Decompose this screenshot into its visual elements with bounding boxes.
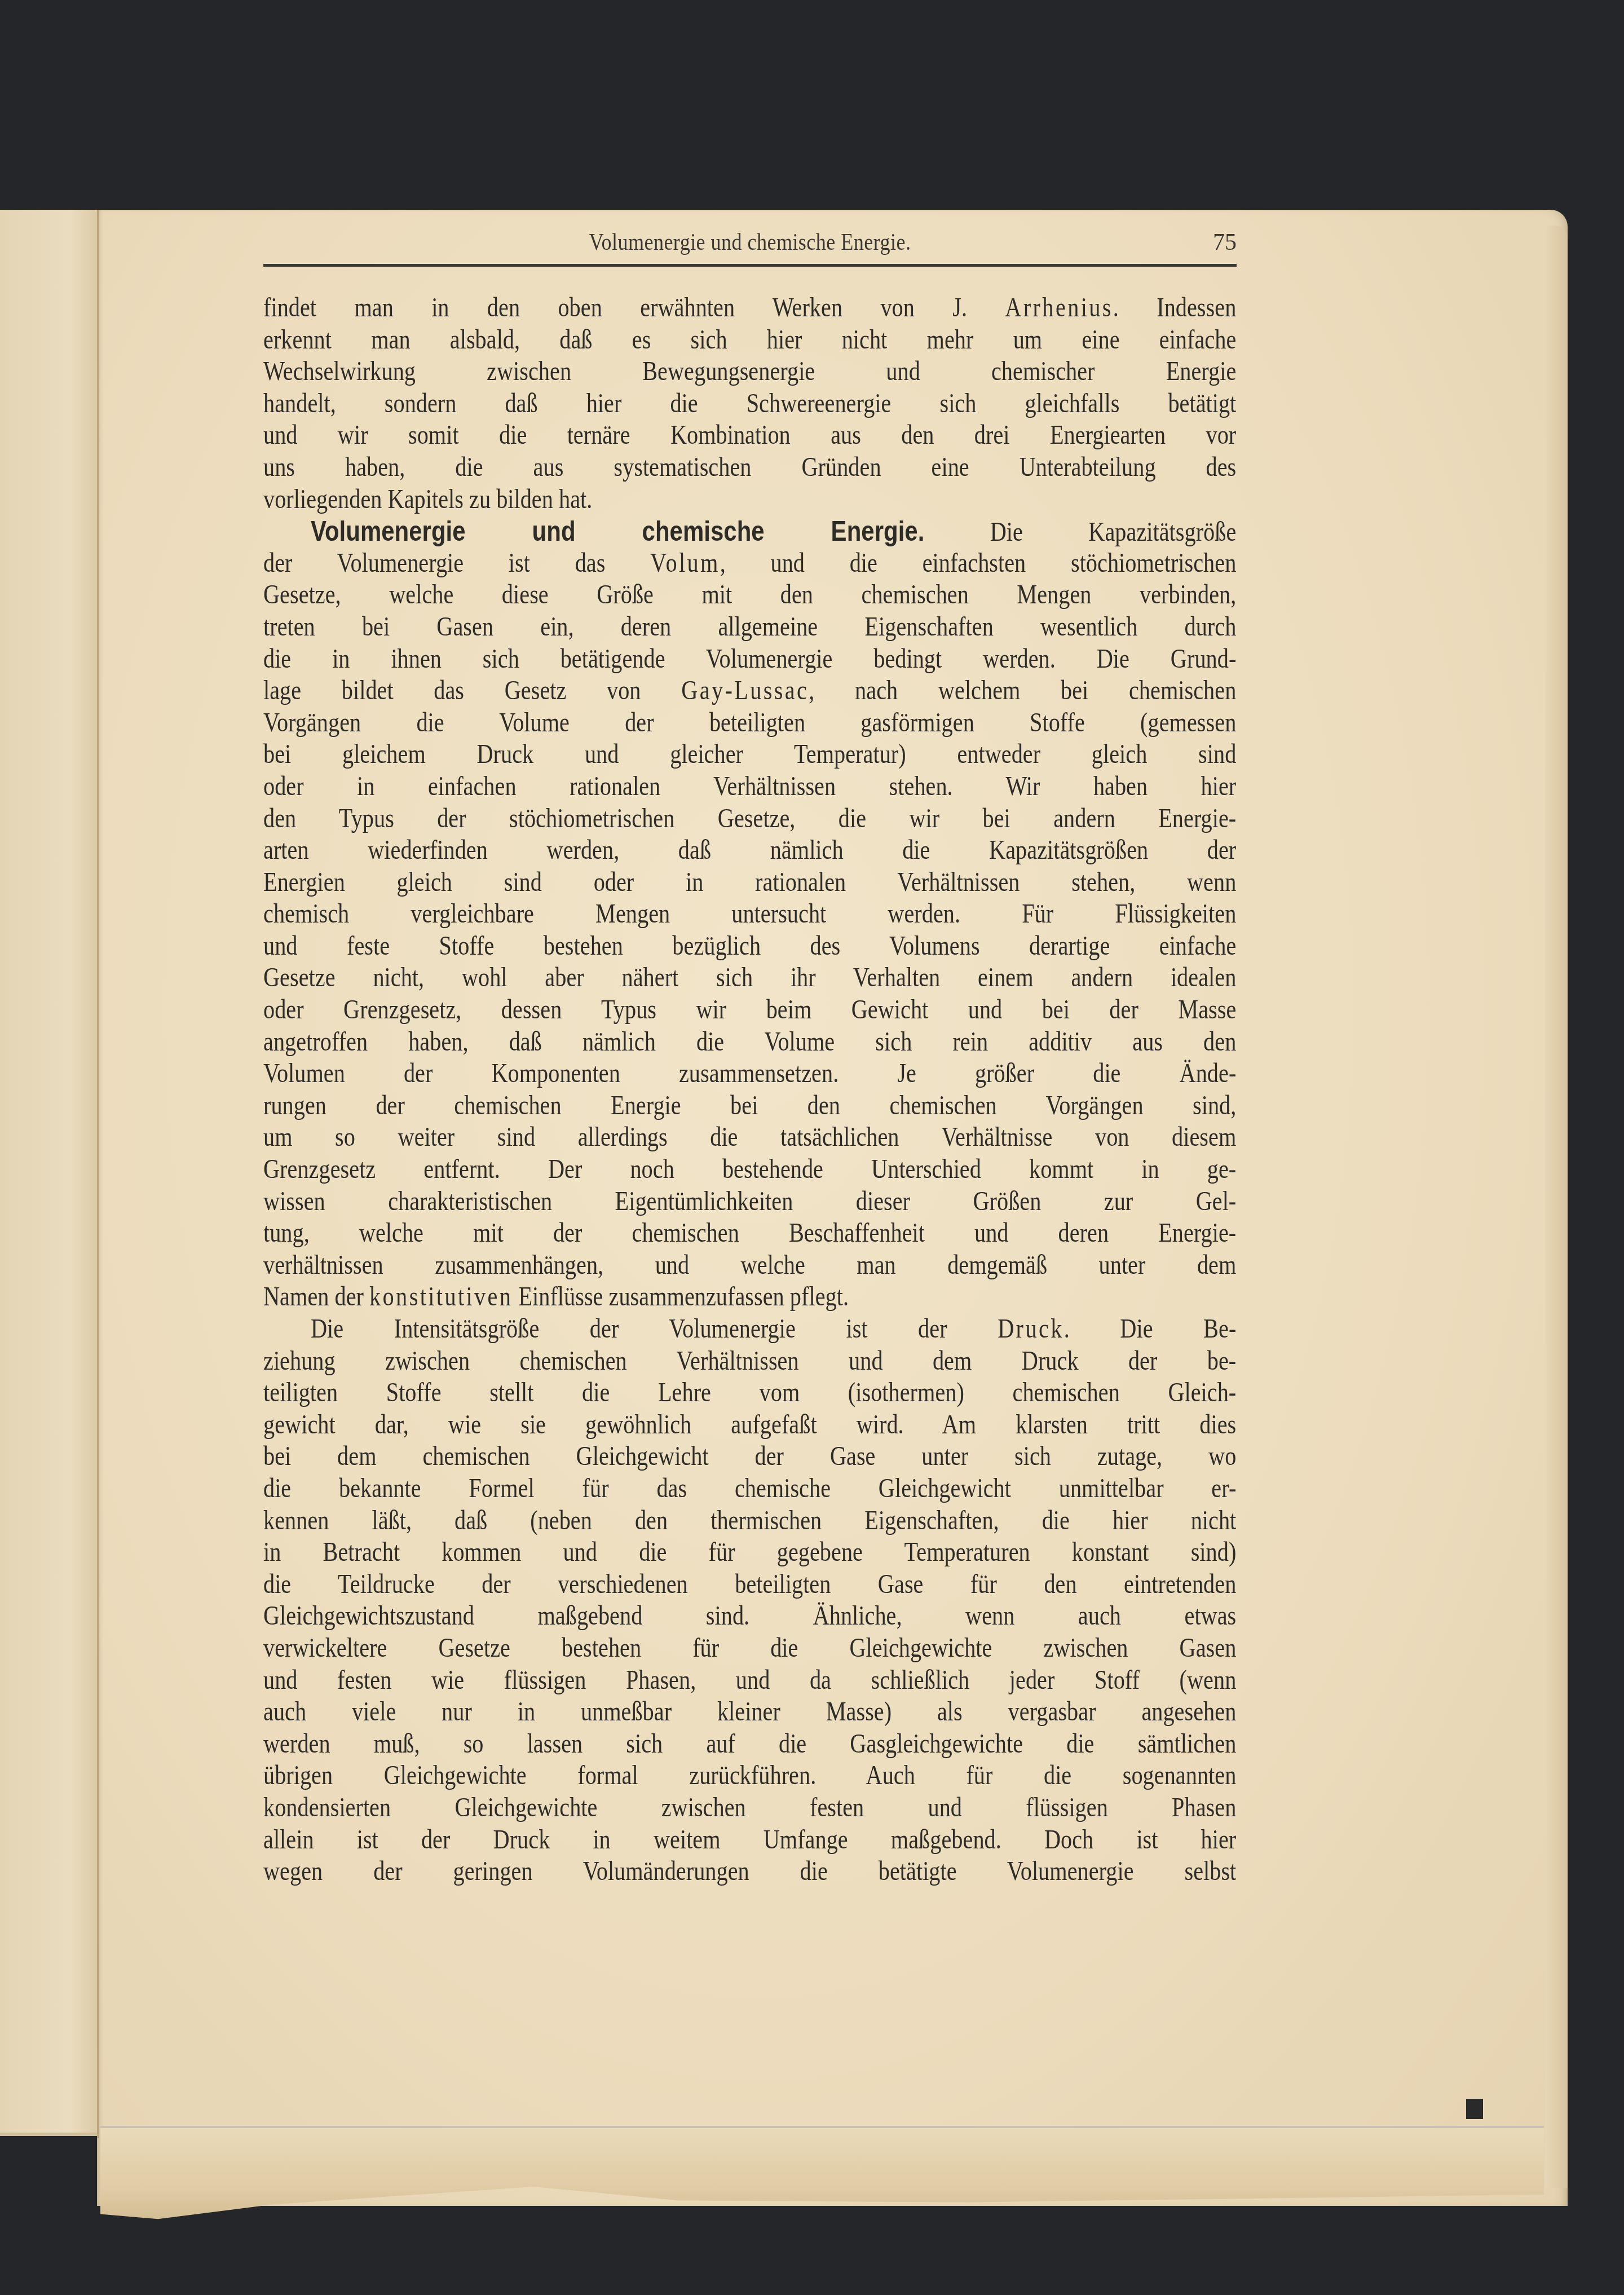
- text-run: Gesetze nicht, wohl aber nähert sich ihr…: [263, 963, 1236, 992]
- text-run: Gleichgewichtszustand maßgebend sind. Äh…: [263, 1601, 1236, 1631]
- text-run: und wir somit die ternäre Kombination au…: [263, 420, 1236, 450]
- text-line: in Betracht kommen und die für gegebene …: [263, 1537, 1236, 1569]
- text-run: Volumen der Komponenten zusammensetzen. …: [263, 1058, 1236, 1088]
- page-bottom-edge: [100, 2126, 1544, 2224]
- text-line: Wechselwirkung zwischen Bewegungsenergie…: [263, 356, 1236, 388]
- text-run: werden muß, so lassen sich auf die Gasgl…: [263, 1729, 1236, 1759]
- text-line: die bekannte Formel für das chemische Gl…: [263, 1473, 1236, 1505]
- text-run: Energien gleich sind oder in rationalen …: [263, 867, 1236, 897]
- text-line: angetroffen haben, daß nämlich die Volum…: [263, 1026, 1236, 1058]
- text-run: verhältnissen zusammenhängen, und welche…: [263, 1250, 1236, 1280]
- text-line: und wir somit die ternäre Kombination au…: [263, 420, 1236, 452]
- text-run: der Volumenergie ist das: [263, 548, 650, 578]
- gutter-fold: [97, 210, 99, 2138]
- text-run: Die Kapazitätsgröße: [924, 517, 1236, 547]
- text-line: bei dem chemischen Gleichgewicht der Gas…: [263, 1441, 1236, 1473]
- text-run: , und die einfachsten stöchiometrischen: [720, 548, 1237, 578]
- text-run: handelt, sondern daß hier die Schwereene…: [263, 389, 1236, 418]
- text-run: oder in einfachen rationalen Verhältniss…: [263, 771, 1236, 801]
- text-run: und feste Stoffe bestehen bezüglich des …: [263, 931, 1236, 961]
- text-run: uns haben, die aus systematischen Gründe…: [263, 452, 1236, 482]
- text-line: kondensierten Gleichgewichte zwischen fe…: [263, 1792, 1236, 1824]
- text-run: die in ihnen sich betätigende Volumenerg…: [263, 644, 1236, 674]
- text-run: um so weiter sind allerdings die tatsäch…: [263, 1122, 1236, 1152]
- text-run: ziehung zwischen chemischen Verhältnisse…: [263, 1346, 1236, 1376]
- text-line: findet man in den oben erwähnten Werken …: [263, 292, 1236, 324]
- text-run: angetroffen haben, daß nämlich die Volum…: [263, 1027, 1236, 1057]
- text-line: chemisch vergleichbare Mengen untersucht…: [263, 898, 1236, 930]
- text-run: kennen läßt, daß (neben den thermischen …: [263, 1506, 1236, 1535]
- text-line: tung, welche mit der chemischen Beschaff…: [263, 1217, 1236, 1250]
- text-line: werden muß, so lassen sich auf die Gasgl…: [263, 1728, 1236, 1760]
- text-line: auch viele nur in unmeßbar kleiner Masse…: [263, 1696, 1236, 1728]
- text-run: Die Intensitätsgröße der Volumenergie is…: [311, 1314, 998, 1344]
- text-line: treten bei Gasen ein, deren allgemeine E…: [263, 611, 1236, 643]
- text-line: allein ist der Druck in weitem Umfange m…: [263, 1824, 1236, 1856]
- emphasized-term: konstitutiven: [369, 1282, 513, 1312]
- text-line: vorliegenden Kapitels zu bilden hat.: [263, 484, 1236, 516]
- text-line: Energien gleich sind oder in rationalen …: [263, 867, 1236, 899]
- page-number: 75: [1213, 229, 1237, 256]
- text-line: verwickeltere Gesetze bestehen für die G…: [263, 1632, 1236, 1665]
- text-line: Volumen der Komponenten zusammensetzen. …: [263, 1058, 1236, 1090]
- text-line: gewicht dar, wie sie gewöhnlich aufgefaß…: [263, 1409, 1236, 1441]
- text-line: die Teildrucke der verschiedenen beteili…: [263, 1569, 1236, 1601]
- text-run: allein ist der Druck in weitem Umfange m…: [263, 1825, 1236, 1855]
- text-line: lage bildet das Gesetz von Gay-Lussac, n…: [263, 675, 1236, 707]
- text-run: oder Grenzgesetz, dessen Typus wir beim …: [263, 995, 1236, 1025]
- text-line: Namen der konstitutiven Einflüsse zusamm…: [263, 1281, 1236, 1313]
- text-line: Grenzgesetz entfernt. Der noch bestehend…: [263, 1154, 1236, 1186]
- paragraph-first-line: Die Intensitätsgröße der Volumenergie is…: [263, 1313, 1236, 1345]
- running-head: Volumenergie und chemische Energie. 75: [263, 229, 1237, 263]
- text-line: teiligten Stoffe stellt die Lehre vom (i…: [263, 1377, 1236, 1409]
- text-run: . Indessen: [1113, 293, 1237, 323]
- text-run: treten bei Gasen ein, deren allgemeine E…: [263, 612, 1236, 642]
- text-run: auch viele nur in unmeßbar kleiner Masse…: [263, 1697, 1236, 1727]
- page-fore-edge: [1545, 226, 1568, 2188]
- text-line: oder in einfachen rationalen Verhältniss…: [263, 771, 1236, 803]
- text-line: Gesetze nicht, wohl aber nähert sich ihr…: [263, 962, 1236, 994]
- text-run: und festen wie flüssigen Phasen, und da …: [263, 1665, 1236, 1695]
- text-run: Namen der: [263, 1282, 369, 1312]
- text-run: arten wiederfinden werden, daß nämlich d…: [263, 835, 1236, 865]
- text-run: chemisch vergleichbare Mengen untersucht…: [263, 899, 1236, 929]
- text-run: bei dem chemischen Gleichgewicht der Gas…: [263, 1441, 1236, 1471]
- text-run: die Teildrucke der verschiedenen beteili…: [263, 1569, 1236, 1599]
- text-run: bei gleichem Druck und gleicher Temperat…: [263, 739, 1236, 769]
- text-line: handelt, sondern daß hier die Schwereene…: [263, 388, 1236, 420]
- text-run: tung, welche mit der chemischen Beschaff…: [263, 1218, 1236, 1248]
- text-line: ziehung zwischen chemischen Verhältnisse…: [263, 1345, 1236, 1378]
- text-run: Gesetze, welche diese Größe mit den chem…: [263, 580, 1236, 610]
- text-line: rungen der chemischen Energie bei den ch…: [263, 1090, 1236, 1122]
- text-run: . Die Be-: [1064, 1314, 1237, 1344]
- text-run: vorliegenden Kapitels zu bilden hat.: [263, 484, 592, 514]
- text-run: gewicht dar, wie sie gewöhnlich aufgefaß…: [263, 1410, 1236, 1440]
- corner-tab-mark: [1466, 2099, 1483, 2119]
- text-run: den Typus der stöchiometrischen Gesetze,…: [263, 804, 1236, 833]
- text-line: und feste Stoffe bestehen bezüglich des …: [263, 930, 1236, 963]
- text-line: die in ihnen sich betätigende Volumenerg…: [263, 643, 1236, 676]
- text-line: kennen läßt, daß (neben den thermischen …: [263, 1505, 1236, 1537]
- text-run: , nach welchem bei chemischen: [809, 676, 1236, 705]
- text-line: oder Grenzgesetz, dessen Typus wir beim …: [263, 994, 1236, 1026]
- text-line: und festen wie flüssigen Phasen, und da …: [263, 1665, 1236, 1697]
- text-line: erkennt man alsbald, daß es sich hier ni…: [263, 324, 1236, 356]
- text-run: wissen charakteristischen Eigentümlichke…: [263, 1186, 1236, 1216]
- section-run-in-heading: Volumenergie und chemische Energie.: [311, 515, 924, 547]
- text-run: teiligten Stoffe stellt die Lehre vom (i…: [263, 1378, 1236, 1407]
- text-line: wissen charakteristischen Eigentümlichke…: [263, 1186, 1236, 1218]
- text-line: verhältnissen zusammenhängen, und welche…: [263, 1250, 1236, 1282]
- text-run: verwickeltere Gesetze bestehen für die G…: [263, 1633, 1236, 1663]
- paragraph-first-line: Volumenergie und chemische Energie. Die …: [263, 515, 1236, 548]
- text-run: findet man in den oben erwähnten Werken …: [263, 293, 1005, 323]
- text-line: den Typus der stöchiometrischen Gesetze,…: [263, 803, 1236, 835]
- emphasized-term: Druck: [998, 1314, 1064, 1344]
- text-run: die bekannte Formel für das chemische Gl…: [263, 1473, 1236, 1503]
- emphasized-term: Volum: [650, 548, 720, 578]
- text-run: wegen der geringen Volumänderungen die b…: [263, 1856, 1236, 1886]
- text-line: arten wiederfinden werden, daß nämlich d…: [263, 835, 1236, 867]
- text-run: lage bildet das Gesetz von: [263, 676, 681, 705]
- text-line: uns haben, die aus systematischen Gründe…: [263, 452, 1236, 484]
- text-run: in Betracht kommen und die für gegebene …: [263, 1537, 1236, 1567]
- text-run: Grenzgesetz entfernt. Der noch bestehend…: [263, 1154, 1236, 1184]
- text-line: Vorgängen die Volume der beteiligten gas…: [263, 707, 1236, 739]
- text-line: übrigen Gleichgewichte formal zurückführ…: [263, 1760, 1236, 1792]
- text-run: Einflüsse zusammenzufassen pflegt.: [513, 1282, 849, 1312]
- body-text: findet man in den oben erwähnten Werken …: [263, 292, 1237, 1888]
- text-run: kondensierten Gleichgewichte zwischen fe…: [263, 1793, 1236, 1822]
- emphasized-term: Arrhenius: [1005, 293, 1113, 323]
- facing-page-edge: [0, 210, 100, 2136]
- running-head-title: Volumenergie und chemische Energie.: [332, 229, 1168, 256]
- text-run: übrigen Gleichgewichte formal zurückführ…: [263, 1760, 1236, 1790]
- text-run: Vorgängen die Volume der beteiligten gas…: [263, 708, 1236, 738]
- header-rule: [263, 264, 1237, 267]
- text-line: Gesetze, welche diese Größe mit den chem…: [263, 579, 1236, 611]
- emphasized-term: Gay-Lussac: [681, 676, 809, 705]
- text-run: Wechselwirkung zwischen Bewegungsenergie…: [263, 356, 1236, 386]
- text-line: Gleichgewichtszustand maßgebend sind. Äh…: [263, 1600, 1236, 1632]
- text-line: wegen der geringen Volumänderungen die b…: [263, 1856, 1236, 1888]
- text-line: um so weiter sind allerdings die tatsäch…: [263, 1122, 1236, 1154]
- text-run: erkennt man alsbald, daß es sich hier ni…: [263, 325, 1236, 355]
- text-line: bei gleichem Druck und gleicher Temperat…: [263, 739, 1236, 771]
- text-run: rungen der chemischen Energie bei den ch…: [263, 1091, 1236, 1120]
- text-line: der Volumenergie ist das Volum, und die …: [263, 548, 1236, 580]
